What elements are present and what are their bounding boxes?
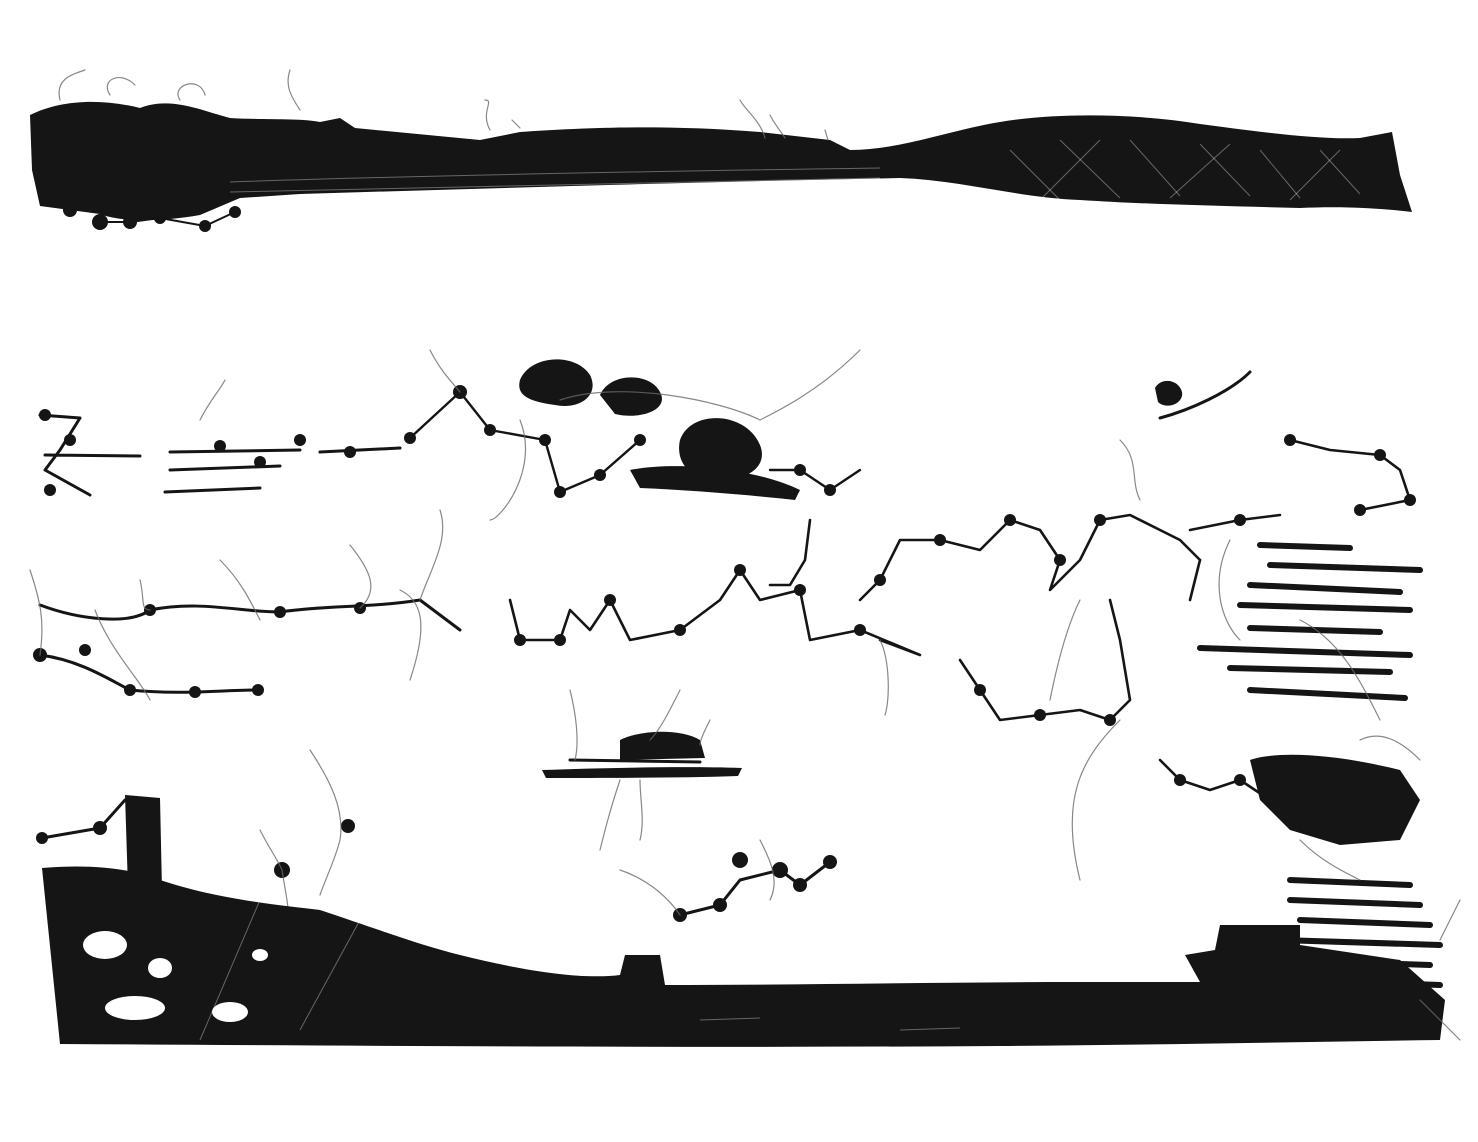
knot-cluster-lower (620, 840, 837, 922)
bottom-hillside-landmass (36, 795, 1460, 1047)
top-horizon-band (30, 70, 1412, 232)
left-figures (260, 750, 355, 925)
cloud-knot-clusters (39, 350, 1250, 520)
right-stacked-stitch-lines (1190, 434, 1440, 1005)
embroidered-landscape (0, 0, 1478, 1142)
stitched-coastline-paths (30, 440, 1320, 880)
small-boat (542, 690, 742, 850)
